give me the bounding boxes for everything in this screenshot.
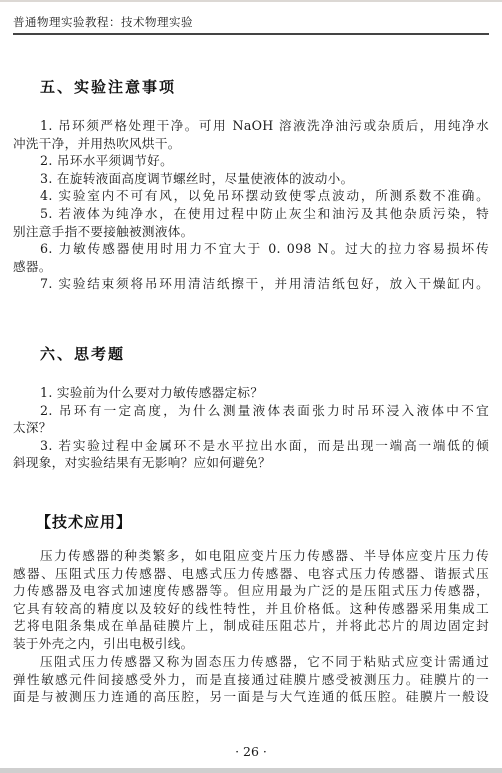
tech-paragraph-1: 压力传感器的种类繁多，如电阻应变片压力传感器、半导体应变片压力传 感器、压阻式压… bbox=[13, 547, 489, 653]
tech-p1-line-3: 力传感器及电容式加速度传感器等。但应用最为广泛的是压阻式压力传感器， bbox=[13, 582, 489, 600]
precaution-3: 3. 在旋转液面高度调节螺丝时，尽量使液体的波动小。 bbox=[13, 170, 489, 188]
precaution-4: 4. 实验室内不可有风，以免吊环摆动致使零点波动，所测系数不准确。 bbox=[13, 187, 489, 205]
precaution-7: 7. 实验结束须将吊环用清洁纸擦干，并用清洁纸包好，放入干燥缸内。 bbox=[13, 275, 489, 293]
question-2-line-1: 2. 吊环有一定高度，为什么测量液体表面张力时吊环浸入液体中不宜 bbox=[13, 402, 489, 420]
precaution-5-line-1: 5. 若液体为纯净水，在使用过程中防止灰尘和油污及其他杂质污染，特 bbox=[13, 205, 489, 223]
tech-p1-line-4: 它具有较高的精度以及较好的线性特性，并且价格低。这种传感器采用集成工 bbox=[13, 600, 489, 618]
tech-p2-line-1: 压阻式压力传感器又称为固态压力传感器，它不同于粘贴式应变计需通过 bbox=[13, 653, 489, 671]
tech-paragraph-2: 压阻式压力传感器又称为固态压力传感器，它不同于粘贴式应变计需通过 弹性敏感元件间… bbox=[13, 653, 489, 706]
question-3-line-2: 斜现象，对实验结果有无影响？应如何避免？ bbox=[13, 454, 489, 472]
precautions-list: 1. 吊环须严格处理干净。可用 NaOH 溶液洗净油污或杂质后，用纯净水 冲洗干… bbox=[13, 117, 489, 293]
section-title-tech-application: 【技术应用】 bbox=[36, 511, 132, 532]
question-1: 1. 实验前为什么要对力敏传感器定标？ bbox=[13, 384, 489, 402]
section-title-precautions: 五、实验注意事项 bbox=[40, 76, 176, 97]
tech-p1-line-5: 艺将电阻条集成在单晶硅膜片上，制成硅压阻芯片，并将此芯片的周边固定封 bbox=[13, 617, 489, 635]
precaution-1-line-1: 1. 吊环须严格处理干净。可用 NaOH 溶液洗净油污或杂质后，用纯净水 bbox=[13, 117, 489, 135]
precaution-6-line-2: 感器。 bbox=[13, 258, 489, 276]
precaution-1-line-2: 冲洗干净，并用热吹风烘干。 bbox=[13, 135, 489, 153]
tech-p1-line-6: 装于外壳之内，引出电极引线。 bbox=[13, 635, 489, 653]
running-head: 普通物理实验教程：技术物理实验 bbox=[13, 14, 193, 30]
tech-p1-line-2: 感器、压阻式压力传感器、电感式压力传感器、电容式压力传感器、谐振式压 bbox=[13, 565, 489, 583]
section-title-questions: 六、思考题 bbox=[40, 343, 125, 364]
questions-list: 1. 实验前为什么要对力敏传感器定标？ 2. 吊环有一定高度，为什么测量液体表面… bbox=[13, 384, 489, 472]
question-2-line-2: 太深？ bbox=[13, 419, 489, 437]
viewer-frame-top bbox=[0, 0, 502, 2]
precaution-5-line-2: 别注意手指不要接触被测液体。 bbox=[13, 223, 489, 241]
header-rule bbox=[13, 33, 489, 35]
page-number: · 26 · bbox=[0, 744, 502, 759]
tech-p2-line-2: 弹性敏感元件间接感受外力，而是直接通过硅膜片感受被测压力。硅膜片的一 bbox=[13, 671, 489, 689]
tech-p2-line-3: 面是与被测压力连通的高压腔，另一面是与大气连通的低压腔。硅膜片一般设 bbox=[13, 688, 489, 706]
question-3-line-1: 3. 若实验过程中金属环不是水平拉出水面，而是出现一端高一端低的倾 bbox=[13, 437, 489, 455]
tech-p1-line-1: 压力传感器的种类繁多，如电阻应变片压力传感器、半导体应变片压力传 bbox=[13, 547, 489, 565]
precaution-2: 2. 吊环水平须调节好。 bbox=[13, 152, 489, 170]
precaution-6-line-1: 6. 力敏传感器使用时用力不宜大于 0. 098 N。过大的拉力容易损坏传 bbox=[13, 240, 489, 258]
viewer-frame-bottom bbox=[0, 768, 502, 773]
